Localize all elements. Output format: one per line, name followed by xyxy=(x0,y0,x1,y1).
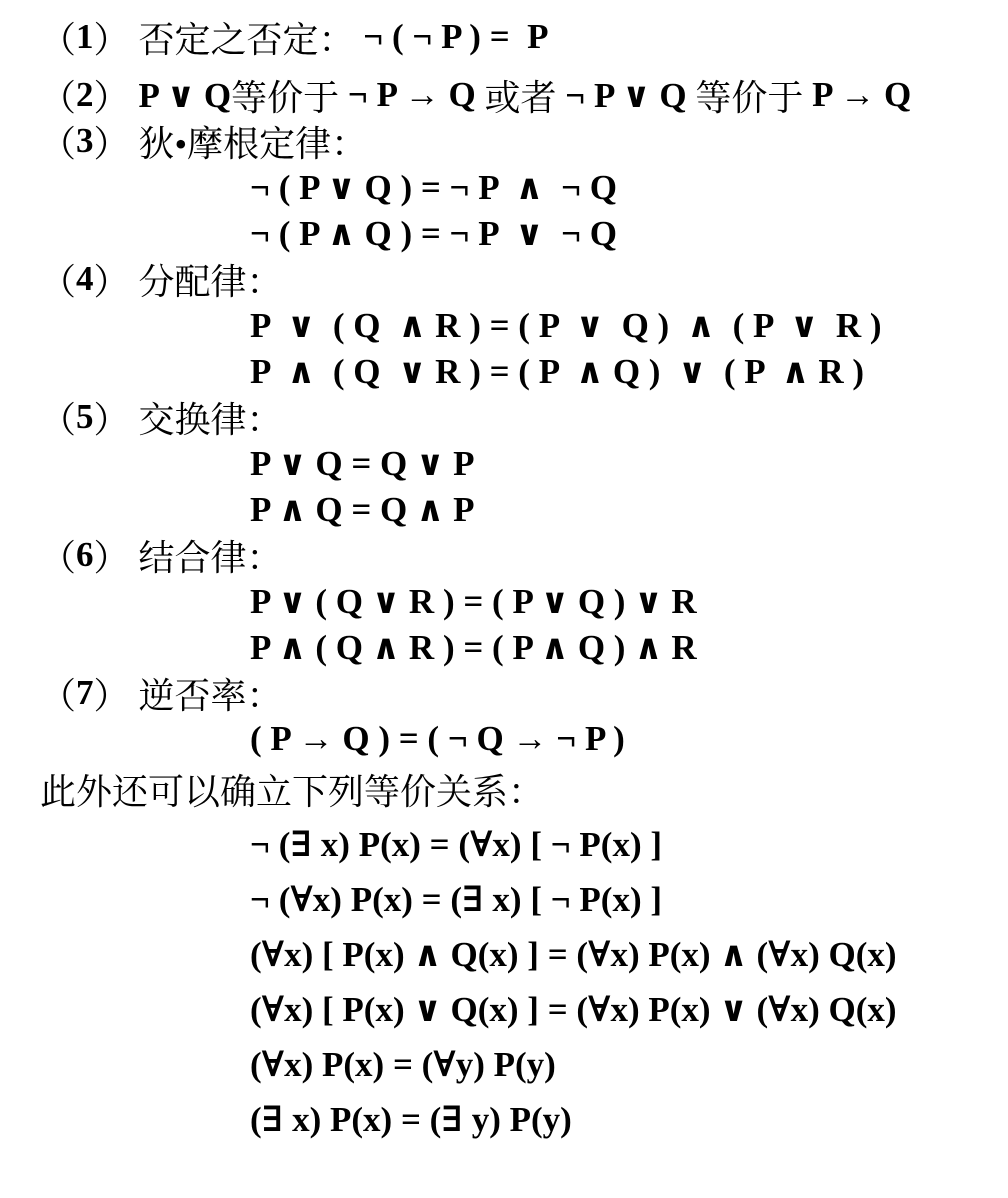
text-line: P ∧ Q = Q ∧ P xyxy=(40,486,992,532)
chinese-text-segment: ） xyxy=(94,392,139,443)
text-line: (∀x) [ P(x) ∨ Q(x) ] = (∀x) P(x) ∨ (∀x) … xyxy=(40,982,992,1037)
logic-equivalence-document: （1） 否定之否定： ¬ ( ¬ P ) = P（2） P ∨ Q等价于 ¬ P… xyxy=(0,0,1008,1147)
formula-segment: 7 xyxy=(76,673,94,713)
formula-segment: P ∨ Q xyxy=(139,75,232,116)
formula-segment: ¬ (∀x) P(x) = (∃ x) [ ¬ P(x) ] xyxy=(250,879,662,920)
chinese-text-segment: ） xyxy=(94,530,139,581)
chinese-text-segment: ） xyxy=(94,116,139,167)
chinese-text-segment: （ xyxy=(40,392,76,443)
formula-segment: 1 xyxy=(76,17,94,57)
formula-segment: P ∨ Q = Q ∨ P xyxy=(250,443,475,484)
chinese-text-segment: ） xyxy=(94,254,139,305)
text-line: P ∧ ( Q ∨ R ) = ( P ∧ Q ) ∨ ( P ∧ R ) xyxy=(40,348,992,394)
text-line: P ∨ ( Q ∧ R ) = ( P ∨ Q ) ∧ ( P ∨ R ) xyxy=(40,302,992,348)
chinese-text-segment: ） xyxy=(94,70,139,121)
text-line: (∃ x) P(x) = (∃ y) P(y) xyxy=(40,1092,992,1147)
chinese-text-segment: ） xyxy=(94,12,139,63)
chinese-text-segment: （ xyxy=(40,116,76,167)
chinese-text-segment: ） xyxy=(94,668,139,719)
text-line: （3） 狄•摩根定律： xyxy=(40,118,992,164)
chinese-text-segment: 狄•摩根定律： xyxy=(139,116,368,167)
formula-segment: (∃ x) P(x) = (∃ y) P(y) xyxy=(250,1099,572,1140)
chinese-text-segment: 否定之否定： xyxy=(139,12,355,63)
formula-segment: P ∨ ( Q ∧ R ) = ( P ∨ Q ) ∧ ( P ∨ R ) xyxy=(250,305,882,346)
chinese-text-segment: 或者 xyxy=(485,70,557,121)
formula-segment: (∀x) [ P(x) ∨ Q(x) ] = (∀x) P(x) ∨ (∀x) … xyxy=(250,989,897,1030)
text-line: （1） 否定之否定： ¬ ( ¬ P ) = P xyxy=(40,14,992,60)
formula-segment: ( P → Q ) = ( ¬ Q → ¬ P ) xyxy=(250,719,625,759)
text-line: （7） 逆否率： xyxy=(40,670,992,716)
text-line: (∀x) P(x) = (∀y) P(y) xyxy=(40,1037,992,1092)
text-line: ¬ ( P ∧ Q ) = ¬ P ∨ ¬ Q xyxy=(40,210,992,256)
chinese-text-segment: 逆否率： xyxy=(139,668,283,719)
text-line: P ∨ Q = Q ∨ P xyxy=(40,440,992,486)
formula-segment: 5 xyxy=(76,397,94,437)
formula-segment: 2 xyxy=(76,75,94,115)
chinese-text-segment: 等价于 xyxy=(695,70,803,121)
formula-segment: ¬ ( P ∧ Q ) = ¬ P ∨ ¬ Q xyxy=(250,213,617,254)
chinese-text-segment: 结合律： xyxy=(139,530,283,581)
text-line: 此外还可以确立下列等价关系： xyxy=(40,762,992,817)
chinese-text-segment: （ xyxy=(40,70,76,121)
text-line: （6） 结合律： xyxy=(40,532,992,578)
formula-segment: ¬ P → Q xyxy=(339,75,484,115)
formula-segment: ¬ ( ¬ P ) = P xyxy=(355,17,549,57)
formula-segment: (∀x) [ P(x) ∧ Q(x) ] = (∀x) P(x) ∧ (∀x) … xyxy=(250,934,897,975)
formula-segment: 6 xyxy=(76,535,94,575)
text-line: ( P → Q ) = ( ¬ Q → ¬ P ) xyxy=(40,716,992,762)
text-line: （2） P ∨ Q等价于 ¬ P → Q 或者 ¬ P ∨ Q 等价于 P → … xyxy=(40,72,992,118)
chinese-text-segment: 此外还可以确立下列等价关系： xyxy=(40,764,544,815)
formula-segment: ¬ ( P ∨ Q ) = ¬ P ∧ ¬ Q xyxy=(250,167,617,208)
text-line: ¬ ( P ∨ Q ) = ¬ P ∧ ¬ Q xyxy=(40,164,992,210)
chinese-text-segment: 交换律： xyxy=(139,392,283,443)
chinese-text-segment: 分配律： xyxy=(139,254,283,305)
chinese-text-segment: （ xyxy=(40,12,76,63)
formula-segment: ¬ P ∨ Q xyxy=(557,75,696,116)
text-line: ¬ (∃ x) P(x) = (∀x) [ ¬ P(x) ] xyxy=(40,817,992,872)
text-line: (∀x) [ P(x) ∧ Q(x) ] = (∀x) P(x) ∧ (∀x) … xyxy=(40,927,992,982)
formula-segment: P ∧ ( Q ∧ R ) = ( P ∧ Q ) ∧ R xyxy=(250,627,697,668)
text-line: P ∧ ( Q ∧ R ) = ( P ∧ Q ) ∧ R xyxy=(40,624,992,670)
chinese-text-segment: （ xyxy=(40,254,76,305)
formula-segment: P → Q xyxy=(803,75,911,115)
text-line: ¬ (∀x) P(x) = (∃ x) [ ¬ P(x) ] xyxy=(40,872,992,927)
formula-segment: P ∧ ( Q ∨ R ) = ( P ∧ Q ) ∨ ( P ∧ R ) xyxy=(250,351,864,392)
formula-segment: P ∧ Q = Q ∧ P xyxy=(250,489,475,530)
text-line: P ∨ ( Q ∨ R ) = ( P ∨ Q ) ∨ R xyxy=(40,578,992,624)
formula-segment: ¬ (∃ x) P(x) = (∀x) [ ¬ P(x) ] xyxy=(250,824,662,865)
formula-segment: 3 xyxy=(76,121,94,161)
formula-segment: P ∨ ( Q ∨ R ) = ( P ∨ Q ) ∨ R xyxy=(250,581,697,622)
formula-segment: 4 xyxy=(76,259,94,299)
text-line: （4） 分配律： xyxy=(40,256,992,302)
chinese-text-segment: （ xyxy=(40,668,76,719)
formula-segment: (∀x) P(x) = (∀y) P(y) xyxy=(250,1044,556,1085)
text-line: （5） 交换律： xyxy=(40,394,992,440)
chinese-text-segment: 等价于 xyxy=(231,70,339,121)
chinese-text-segment: （ xyxy=(40,530,76,581)
